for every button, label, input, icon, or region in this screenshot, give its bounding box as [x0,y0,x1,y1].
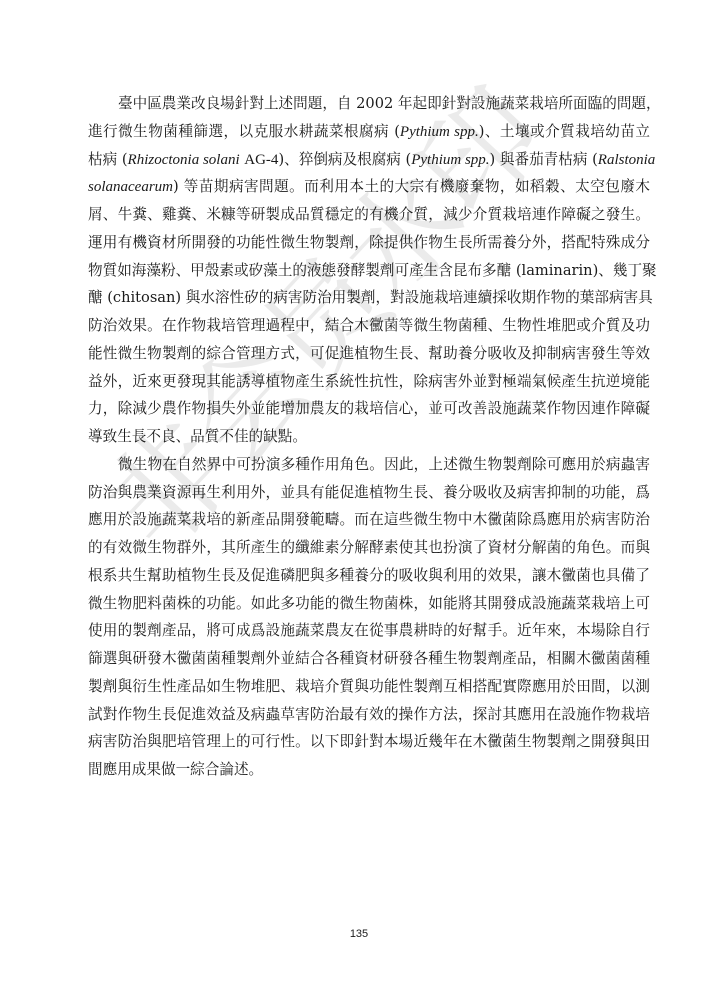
text-line: 能性微生物製劑的綜合管理方式，可促進植物生長、幫助養分吸收及抑制病害發生等效 [88,340,650,368]
text-line: 微生物肥料菌株的功能。如此多功能的微生物菌株，如能將其開發成設施蔬菜栽培上可 [88,590,650,618]
text-line: 病害防治與肥培管理上的可行性。以下即針對本場近幾年在木黴菌生物製劑之開發與田 [88,728,650,756]
text-line: 防治效果。在作物栽培管理過程中，結合木黴菌等微生物菌種、生物性堆肥或介質及功 [88,312,650,340]
italic-term: Rhizoctonia solani [128,152,240,168]
text-line: 屑、牛糞、雞糞、米糠等研製成品質穩定的有機介質，減少介質栽培連作障礙之發生。 [88,201,650,229]
text-line: 防治與農業資源再生利用外，並具有能促進植物生長、養分吸收及病害抑制的功能，爲 [88,479,650,507]
text-line: 運用有機資材所開發的功能性微生物製劑，除提供作物生長所需養分外，搭配特殊成分 [88,229,650,257]
text-line: 試對作物生長促進效益及病蟲草害防治最有效的操作方法，探討其應用在設施作物栽培 [88,701,650,729]
text-line: 的有效微生物群外，其所產生的纖維素分解酵素使其也扮演了資材分解菌的角色。而與 [88,534,650,562]
text-line: 枯病 (Rhizoctonia solani AG-4)、猝倒病及根腐病 (Py… [88,146,650,174]
paragraph-2: 微生物在自然界中可扮演多種作用角色。因此，上述微生物製劑除可應用於病蟲害 防治與… [88,451,650,784]
text-line: 根系共生幫助植物生長及促進磷肥與多種養分的吸收與利用的效果，讓木黴菌也具備了 [88,562,650,590]
document-page: 非会员水印 臺中區農業改良場針對上述問題，自 2002 年起即針對設施蔬菜栽培所… [0,0,718,982]
text-line: 微生物在自然界中可扮演多種作用角色。因此，上述微生物製劑除可應用於病蟲害 [88,451,650,479]
italic-term: Ralstonia [598,152,656,168]
text-line: 製劑與衍生性產品如生物堆肥、栽培介質與功能性製劑互相搭配實際應用於田間，以測 [88,673,650,701]
text-line: 物質如海藻粉、甲殼素或矽藻土的液態發酵製劑可產生含昆布多醣 (laminarin… [88,257,650,285]
text-line: 導致生長不良、品質不佳的缺點。 [88,423,650,451]
text-line: 間應用成果做一綜合論述。 [88,756,650,784]
body-text: 臺中區農業改良場針對上述問題，自 2002 年起即針對設施蔬菜栽培所面臨的問題，… [88,90,650,784]
page-number: 135 [0,928,718,940]
italic-term: Pythium spp. [411,152,489,168]
text-line: 使用的製劑產品，將可成爲設施蔬菜農友在從事農耕時的好幫手。近年來，本場除自行 [88,617,650,645]
text-line: 力，除減少農作物損失外並能增加農友的栽培信心，並可改善設施蔬菜作物因連作障礙 [88,395,650,423]
text-span: 進行微生物菌種篩選，以克服水耕蔬菜根腐病 (Pythium spp.)、土壤或介… [88,123,650,140]
paragraph-1: 臺中區農業改良場針對上述問題，自 2002 年起即針對設施蔬菜栽培所面臨的問題，… [88,90,650,451]
text-line: 應用於設施蔬菜栽培的新產品開發範疇。而在這些微生物中木黴菌除爲應用於病害防治 [88,506,650,534]
text-line: 益外，近來更發現其能誘導植物產生系統性抗性，除病害外並對極端氣候產生抗逆境能 [88,368,650,396]
text-span: 枯病 (Rhizoctonia solani AG-4)、猝倒病及根腐病 (Py… [88,151,655,168]
text-span: solanacearum) 等苗期病害問題。而利用本土的大宗有機廢棄物，如稻穀、… [88,178,650,195]
text-line: 篩選與研發木黴菌菌種製劑外並結合各種資材研發各種生物製劑產品，相關木黴菌菌種 [88,645,650,673]
text-line: solanacearum) 等苗期病害問題。而利用本土的大宗有機廢棄物，如稻穀、… [88,173,650,201]
text-line: 醣 (chitosan) 與水溶性矽的病害防治用製劑，對設施栽培連續採收期作物的… [88,284,650,312]
text-line: 進行微生物菌種篩選，以克服水耕蔬菜根腐病 (Pythium spp.)、土壤或介… [88,118,650,146]
italic-term: solanacearum [88,179,173,195]
italic-term: Pythium spp. [400,124,479,140]
text-line: 臺中區農業改良場針對上述問題，自 2002 年起即針對設施蔬菜栽培所面臨的問題， [88,90,650,118]
